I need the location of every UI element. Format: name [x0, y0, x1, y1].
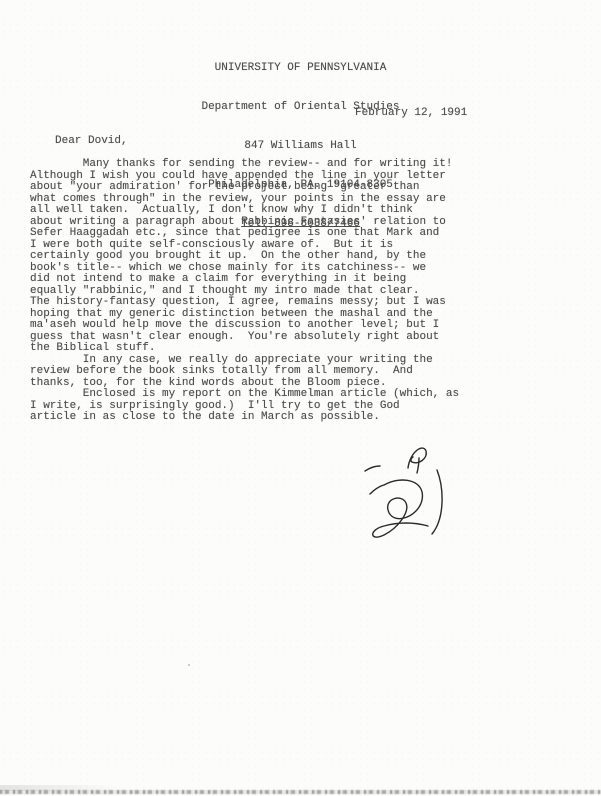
letter-body: Many thanks for sending the review-- and…: [30, 159, 459, 424]
date-line: February 12, 1991: [355, 108, 467, 120]
handwritten-signature: [340, 438, 470, 553]
scan-edge-artifact: [0, 790, 601, 794]
salutation: Dear Dovid,: [55, 136, 128, 148]
letter-line: article in as close to the date in March…: [30, 412, 459, 424]
scan-speck: [188, 664, 190, 666]
letter-page: UNIVERSITY OF PENNSYLVANIA Department of…: [0, 0, 601, 796]
letterhead-department: Department of Oriental Studies: [0, 101, 601, 114]
letterhead-institution: UNIVERSITY OF PENNSYLVANIA: [0, 62, 601, 75]
